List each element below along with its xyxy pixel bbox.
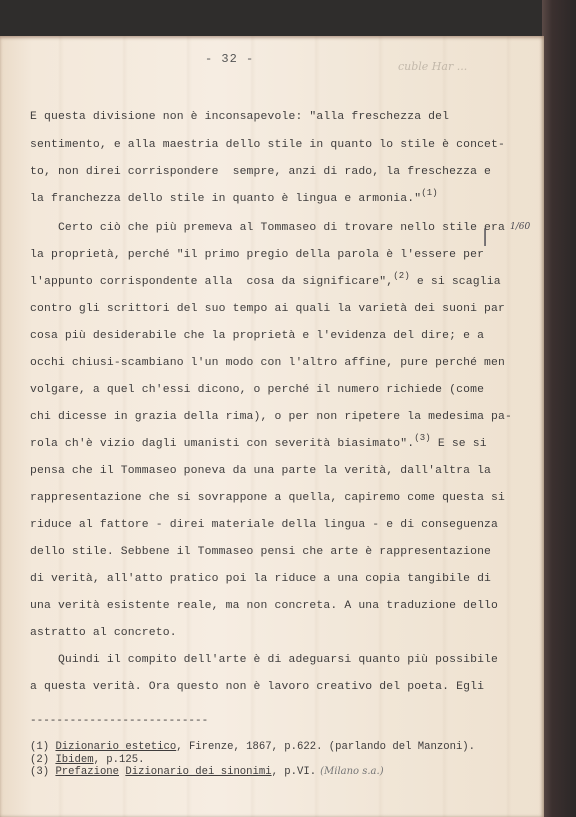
text-line: contro gli scrittori del suo tempo ai qu… [30, 302, 505, 316]
text-line-with-footnote: l'appunto corrispondente alla cosa da si… [30, 275, 501, 289]
footnote-title: Dizionario dei sinonimi [125, 766, 271, 778]
text-line: chi dicesse in grazia della rima), o per… [30, 410, 512, 424]
footnote-ref-2: (2) [393, 271, 410, 281]
handwritten-note-top: cuble Har ... [398, 60, 467, 73]
text-segment: E se si [431, 438, 487, 450]
text-line: una verità esistente reale, ma non concr… [30, 599, 498, 613]
footnote-1: (1) Dizionario estetico, Firenze, 1867, … [30, 741, 475, 754]
text-line: to, non direi corrispondere sempre, anzi… [30, 165, 491, 179]
footnote-separator: --------------------------- [30, 715, 208, 727]
footnote-text: , p.125. [94, 754, 145, 766]
document-page: - 32 - cuble Har ... E questa divisione … [0, 36, 544, 817]
page-number: - 32 - [205, 52, 254, 66]
text-line: cosa più desiderabile che la proprietà e… [30, 329, 484, 343]
text-line: Certo ciò che più premeva al Tommaseo di… [30, 221, 505, 235]
text-line: occhi chiusi-scambiano l'un modo con l'a… [30, 356, 505, 370]
footnote-number: (2) [30, 754, 49, 766]
footnote-ref-3: (3) [414, 433, 431, 443]
text-segment: rola ch'è vizio dagli umanisti con sever… [30, 438, 414, 450]
footnote-title: Ibidem [55, 754, 93, 766]
text-line: Quindi il compito dell'arte è di adeguar… [30, 653, 498, 667]
footnote-3: (3) Prefazione Dizionario dei sinonimi, … [30, 766, 475, 779]
scanner-frame-edge [542, 0, 576, 817]
footnotes: (1) Dizionario estetico, Firenze, 1867, … [30, 741, 475, 779]
text-line: a questa verità. Ora questo non è lavoro… [30, 680, 484, 694]
text-line-with-footnote: rola ch'è vizio dagli umanisti con sever… [30, 437, 487, 451]
footnote-title: Dizionario estetico [55, 741, 176, 753]
footnote-number: (1) [30, 741, 49, 753]
handwritten-footnote-note: (Milano s.a.) [320, 766, 384, 777]
footnote-ref-1: (1) [421, 188, 438, 198]
text-line: la proprietà, perché "il primo pregio de… [30, 248, 484, 262]
handwritten-margin-bar: | [482, 226, 488, 247]
text-line: astratto al concreto. [30, 626, 177, 640]
text-segment: e si scaglia [410, 276, 501, 288]
text-line: sentimento, e alla maestria dello stile … [30, 138, 505, 152]
footnote-number: (3) [30, 766, 49, 778]
text-segment: l'appunto corrispondente alla cosa da si… [30, 276, 393, 288]
text-segment: la franchezza dello stile in quanto è li… [30, 193, 421, 205]
text-line: riduce al fattore - direi materiale dell… [30, 518, 498, 532]
footnote-text: , Firenze, 1867, p.622. (parlando del Ma… [176, 741, 475, 753]
text-line: pensa che il Tommaseo poneva da una part… [30, 464, 491, 478]
text-line: rappresentazione che si sovrappone a que… [30, 491, 505, 505]
text-line: E questa divisione non è inconsapevole: … [30, 110, 449, 124]
text-line: dello stile. Sebbene il Tommaseo pensi c… [30, 545, 491, 559]
footnote-2: (2) Ibidem, p.125. [30, 754, 475, 767]
handwritten-margin-note: 1/60 [510, 222, 530, 232]
text-line: di verità, all'atto pratico poi la riduc… [30, 572, 491, 586]
text-line: volgare, a quel ch'essi dicono, o perché… [30, 383, 484, 397]
footnote-title-prefix: Prefazione [55, 766, 119, 778]
footnote-text: , p.VI. [272, 766, 317, 778]
text-line-with-footnote: la franchezza dello stile in quanto è li… [30, 192, 438, 206]
